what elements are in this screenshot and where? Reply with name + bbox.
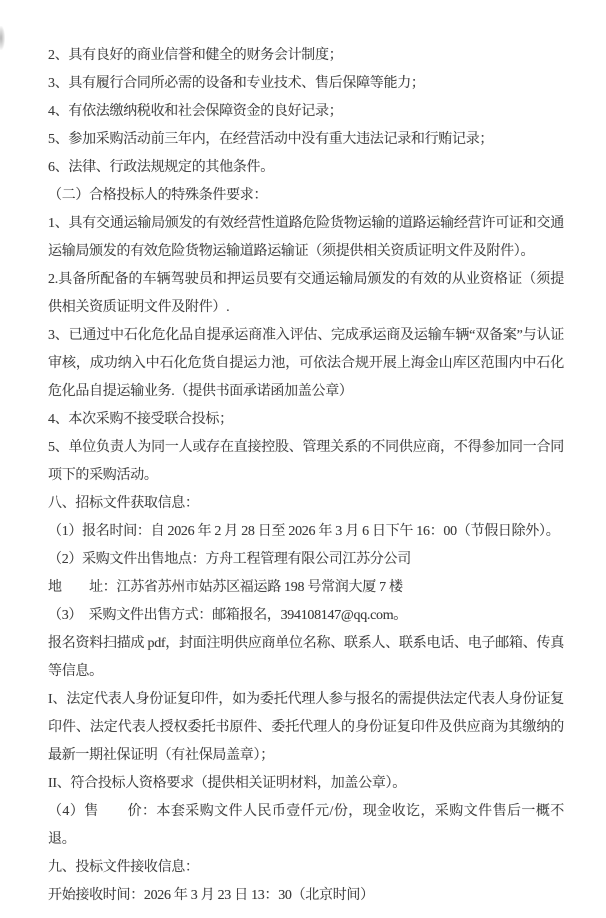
item-registration-time: （1）报名时间：自 2026 年 2 月 28 日至 2026 年 3 月 6 … xyxy=(48,518,564,546)
clause-sinopec-carrier-qualification: 3、已通过中石化危化品自提承运商准入评估、完成承运商及运输车辆“双备案”与认证审… xyxy=(48,322,564,406)
item-receiving-start-time: 开始接收时间：2026 年 3 月 23 日 13：30（北京时间） xyxy=(48,882,564,910)
document-page: 2、具有良好的商业信誉和健全的财务会计制度； 3、具有履行合同所必需的设备和专业… xyxy=(0,0,606,918)
scan-artifact xyxy=(0,26,5,50)
clause-equipment-capability: 3、具有履行合同所必需的设备和专业技术、售后保障等能力； xyxy=(48,70,564,98)
clause-no-consortium-bids: 4、本次采购不接受联合投标； xyxy=(48,406,564,434)
item-sale-method-email: （3） 采购文件出售方式：邮箱报名，394108147@qq.com。 xyxy=(48,602,564,630)
clause-driver-escort-certificates: 2.具备所配备的车辆驾驶员和押运员要有交通运输局颁发的有效的从业资格证（须提供相… xyxy=(48,266,564,322)
item-bidder-qualification: II、符合投标人资格要求（提供相关证明材料，加盖公章）。 xyxy=(48,770,564,798)
item-legal-representative-id: I、法定代表人身份证复印件，如为委托代理人参与报名的需提供法定代表人身份证复印件… xyxy=(48,686,564,770)
heading-bid-receiving-info: 九、投标文件接收信息： xyxy=(48,854,564,882)
item-document-sale-location: （2）采购文件出售地点：方舟工程管理有限公司江苏分公司 xyxy=(48,546,564,574)
clause-other-legal-conditions: 6、法律、行政法规规定的其他条件。 xyxy=(48,154,564,182)
clause-road-transport-permit: 1、具有交通运输局颁发的有效经营性道路危险货物运输的道路运输经营许可证和交通运输… xyxy=(48,210,564,266)
item-document-price: （4）售 价：本套采购文件人民币壹仟元/份，现金收讫，采购文件售后一概不退。 xyxy=(48,798,564,854)
item-sale-address: 地 址：江苏省苏州市姑苏区福运路 198 号常润大厦 7 楼 xyxy=(48,574,564,602)
item-registration-material-note: 报名资料扫描成 pdf，封面注明供应商单位名称、联系人、联系电话、电子邮箱、传真… xyxy=(48,630,564,686)
heading-special-requirements: （二）合格投标人的特殊条件要求： xyxy=(48,182,564,210)
clause-commercial-credit: 2、具有良好的商业信誉和健全的财务会计制度； xyxy=(48,42,564,70)
clause-tax-social-security: 4、有依法缴纳税收和社会保障资金的良好记录； xyxy=(48,98,564,126)
clause-same-responsible-person: 5、单位负责人为同一人或存在直接控股、管理关系的不同供应商，不得参加同一合同项下… xyxy=(48,434,564,490)
clause-no-violation-record: 5、参加采购活动前三年内，在经营活动中没有重大违法记录和行贿记录； xyxy=(48,126,564,154)
heading-bid-document-info: 八、招标文件获取信息： xyxy=(48,490,564,518)
document-body: 2、具有良好的商业信誉和健全的财务会计制度； 3、具有履行合同所必需的设备和专业… xyxy=(48,42,564,910)
